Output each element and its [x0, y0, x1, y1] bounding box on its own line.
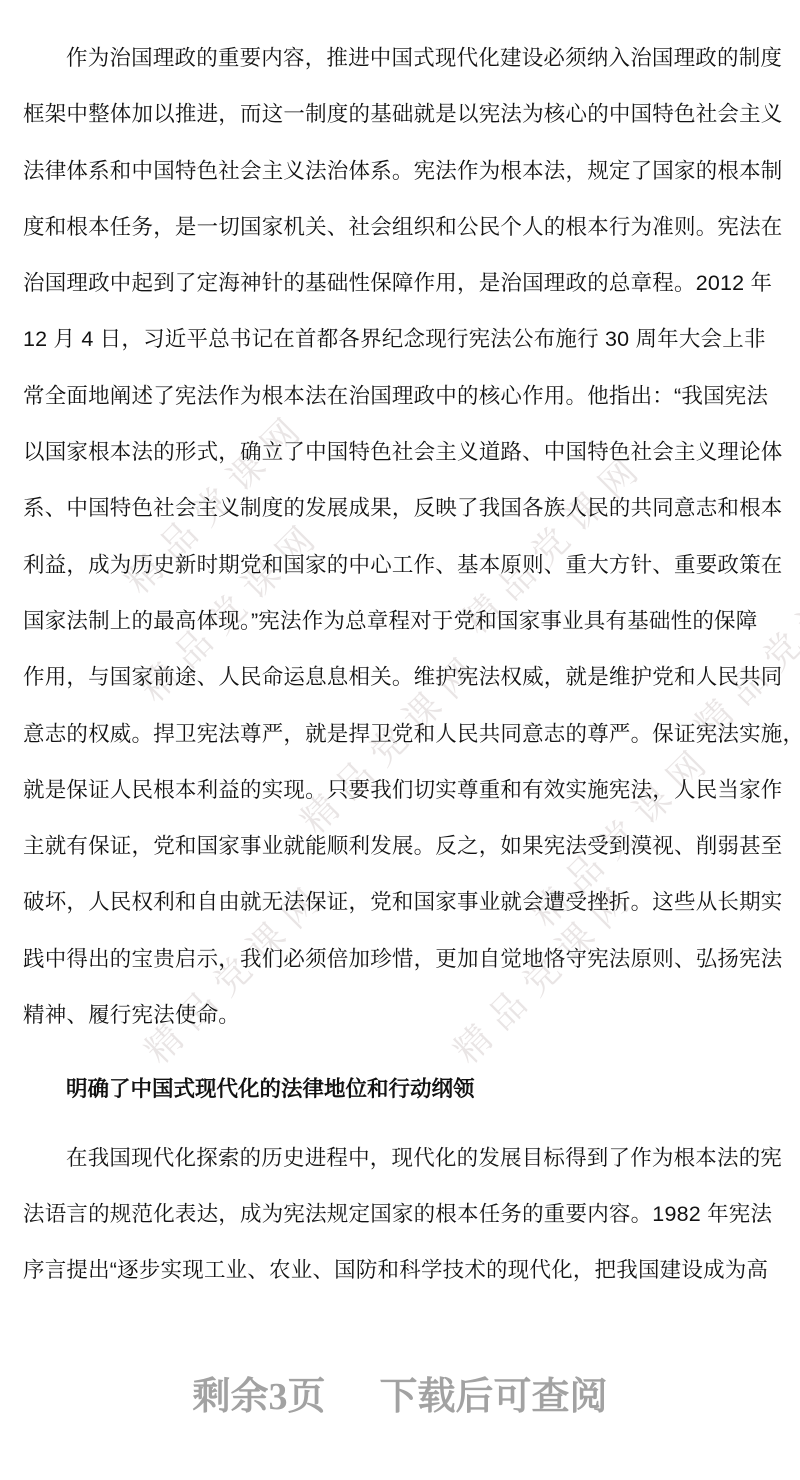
section-heading: 明确了中国式现代化的法律地位和行动纲领 — [23, 1061, 776, 1117]
text-line: 精神、履行宪法使命。 — [23, 987, 776, 1043]
download-hint-label: 下载后可查阅 — [380, 1376, 608, 1418]
text-line: 在我国现代化探索的历史进程中，现代化的发展目标得到了作为根本法的宪 — [23, 1130, 776, 1186]
text-line: 法律体系和中国特色社会主义法治体系。宪法作为根本法，规定了国家的根本制 — [23, 143, 776, 199]
text-line: 以国家根本法的形式，确立了中国特色社会主义道路、中国特色社会主义理论体 — [23, 424, 776, 480]
text-line: 治国理政中起到了定海神针的基础性保障作用，是治国理政的总章程。2012 年 — [23, 255, 776, 311]
paragraph-constitution-role: 作为治国理政的重要内容，推进中国式现代化建设必须纳入治国理政的制度框架中整体加以… — [23, 30, 776, 1043]
text-line: 系、中国特色社会主义制度的发展成果，反映了我国各族人民的共同意志和根本 — [23, 480, 776, 536]
text-line: 意志的权威。捍卫宪法尊严，就是捍卫党和人民共同意志的尊严。保证宪法实施， — [23, 706, 776, 762]
document-page: 精品党课网 精品党课网 精品党课网 精品党课网 精品党课网 精品党课网 精品党课… — [0, 0, 800, 1480]
remaining-pages-label: 剩余3页 — [192, 1376, 325, 1418]
text-line: 序言提出“逐步实现工业、农业、国防和科学技术的现代化，把我国建设成为高 — [23, 1242, 776, 1298]
text-line: 作用，与国家前途、人民命运息息相关。维护宪法权威，就是维护党和人民共同 — [23, 649, 776, 705]
text-line: 12 月 4 日，习近平总书记在首都各界纪念现行宪法公布施行 30 周年大会上非 — [23, 311, 776, 367]
text-line: 就是保证人民根本利益的实现。只要我们切实尊重和有效实施宪法，人民当家作 — [23, 762, 776, 818]
text-line: 利益，成为历史新时期党和国家的中心工作、基本原则、重大方针、重要政策在 — [23, 537, 776, 593]
text-line: 框架中整体加以推进，而这一制度的基础就是以宪法为核心的中国特色社会主义 — [23, 86, 776, 142]
text-line: 常全面地阐述了宪法作为根本法在治国理政中的核心作用。他指出：“我国宪法 — [23, 368, 776, 424]
document-content: 作为治国理政的重要内容，推进中国式现代化建设必须纳入治国理政的制度框架中整体加以… — [0, 0, 800, 1299]
text-line: 国家法制上的最高体现。”宪法作为总章程对于党和国家事业具有基础性的保障 — [23, 593, 776, 649]
paragraph-modernization-legal-status: 在我国现代化探索的历史进程中，现代化的发展目标得到了作为根本法的宪法语言的规范化… — [23, 1130, 776, 1299]
text-line: 作为治国理政的重要内容，推进中国式现代化建设必须纳入治国理政的制度 — [23, 30, 776, 86]
pagination-notice: 剩余3页下载后可查阅 — [0, 1372, 800, 1422]
text-line: 法语言的规范化表达，成为宪法规定国家的根本任务的重要内容。1982 年宪法 — [23, 1186, 776, 1242]
text-line: 主就有保证，党和国家事业就能顺利发展。反之，如果宪法受到漠视、削弱甚至 — [23, 818, 776, 874]
text-line: 破坏，人民权利和自由就无法保证，党和国家事业就会遭受挫折。这些从长期实 — [23, 874, 776, 930]
text-line: 践中得出的宝贵启示，我们必须倍加珍惜，更加自觉地恪守宪法原则、弘扬宪法 — [23, 931, 776, 987]
text-line: 度和根本任务，是一切国家机关、社会组织和公民个人的根本行为准则。宪法在 — [23, 199, 776, 255]
